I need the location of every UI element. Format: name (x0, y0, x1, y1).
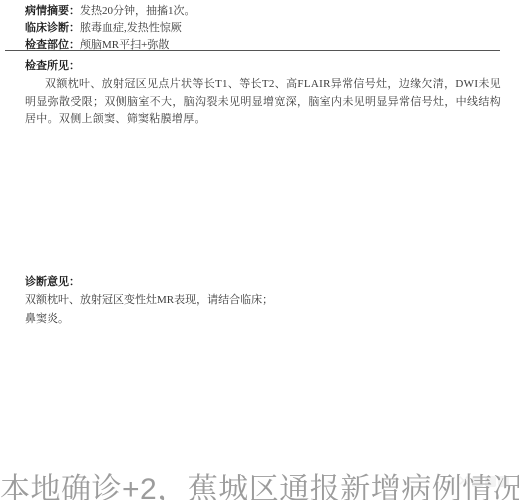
findings-text: 双额枕叶、放射冠区见点片状等长T1、等长T2、高FLAIR异常信号灶，边缘欠清，… (25, 76, 501, 129)
report-field-row: 检查部位：颅脑MR平扫+弥散 (25, 37, 501, 54)
watermark-block (485, 476, 496, 487)
field-label-summary: 病情摘要： (25, 5, 80, 17)
diagnosis-line: 鼻窦炎。 (25, 310, 501, 329)
watermark-icon: ✕ (457, 472, 470, 490)
watermark-block (498, 476, 509, 487)
diagnosis-section: 诊断意见： 双额枕叶、放射冠区变性灶MR表现，请结合临床； 鼻窦炎。 (25, 270, 501, 328)
field-label-clinical-diagnosis: 临床诊断： (25, 22, 80, 34)
field-value-summary: 发热20分钟，抽搐1次。 (80, 5, 196, 17)
diagnosis-heading: 诊断意见： (25, 274, 501, 291)
report-field-row: 病情摘要：发热20分钟，抽搐1次。 (25, 0, 501, 20)
report-field-row: 临床诊断：脓毒血症,发热性惊厥 (25, 20, 501, 37)
medical-report: 病情摘要：发热20分钟，抽搐1次。 临床诊断：脓毒血症,发热性惊厥 检查部位：颅… (25, 0, 501, 129)
article-headline: 本地确诊+2，蕉城区通报新增病例情况 (0, 464, 519, 500)
field-value-clinical-diagnosis: 脓毒血症,发热性惊厥 (80, 22, 182, 34)
diagnosis-line: 双额枕叶、放射冠区变性灶MR表现，请结合临床； (25, 291, 501, 310)
watermark-logo: ✕ (457, 472, 509, 490)
watermark-block (472, 476, 483, 487)
section-divider (5, 50, 500, 51)
findings-heading: 检查所见： (25, 58, 501, 75)
